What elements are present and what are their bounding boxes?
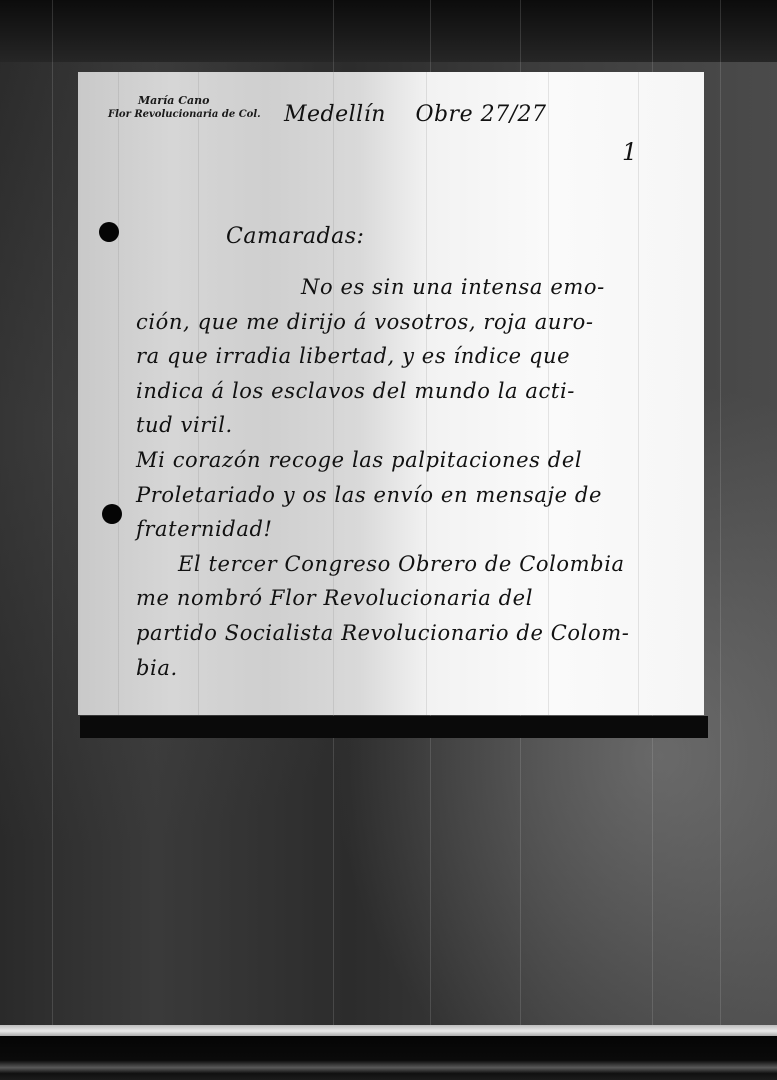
body-line: partido Socialista Revolucionario de Col… xyxy=(136,616,696,651)
body-line: Mi corazón recoge las palpitaciones del xyxy=(136,443,696,478)
film-scratch xyxy=(52,0,53,1080)
greeting: Camaradas: xyxy=(226,224,364,249)
body-line: indica á los esclavos del mundo la acti- xyxy=(136,374,696,409)
paper-streak xyxy=(118,72,119,715)
sheet-shadow xyxy=(80,716,708,738)
letter-body: No es sin una intensa emo- ción, que me … xyxy=(136,270,696,685)
body-line: ra que irradia libertad, y es índice que xyxy=(136,339,696,374)
punch-hole-top xyxy=(99,222,119,242)
body-line: bia. xyxy=(136,651,696,686)
body-line: me nombró Flor Revolucionaria del xyxy=(136,581,696,616)
body-line: ción, que me dirijo á vosotros, roja aur… xyxy=(136,305,696,340)
page-number: 1 xyxy=(622,138,638,166)
body-line: Proletariado y os las envío en mensaje d… xyxy=(136,478,696,513)
body-line: El tercer Congreso Obrero de Colombia xyxy=(136,547,696,582)
letterhead-name: María Cano xyxy=(108,94,261,108)
body-line: tud viril. xyxy=(136,408,696,443)
film-top-border xyxy=(0,0,777,62)
body-line: No es sin una intensa emo- xyxy=(136,270,696,305)
film-scratch xyxy=(720,0,721,1080)
letterhead-title: Flor Revolucionaria de Col. xyxy=(108,108,261,122)
letterhead: María Cano Flor Revolucionaria de Col. xyxy=(108,94,261,122)
letter-sheet: María Cano Flor Revolucionaria de Col. M… xyxy=(78,72,704,715)
date: Obre 27/27 xyxy=(415,102,546,127)
punch-hole-bottom xyxy=(102,504,122,524)
place-date: Medellín Obre 27/27 xyxy=(284,102,547,127)
body-line: fraternidad! xyxy=(136,512,696,547)
place: Medellín xyxy=(284,102,386,127)
film-bottom-border xyxy=(0,1036,777,1080)
